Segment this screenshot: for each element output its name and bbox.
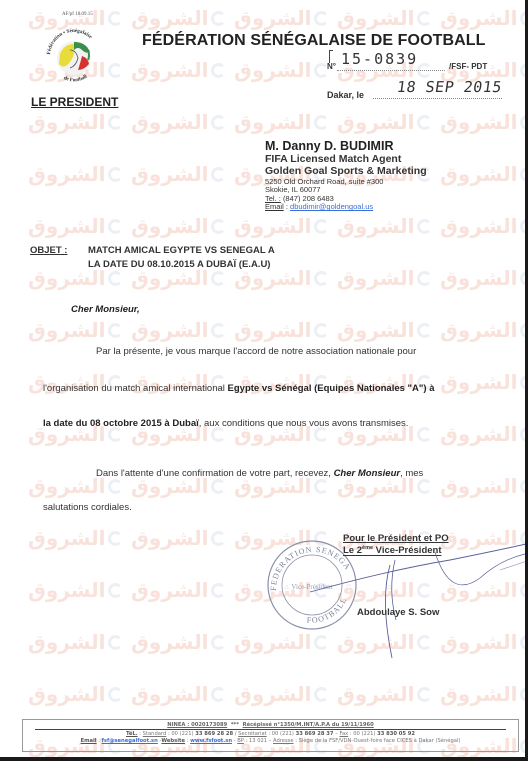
tel-label: TéL. — [126, 731, 138, 737]
website-link[interactable]: www.fsfoot.sn — [190, 738, 232, 744]
date-line: Dakar, le 18 SEP 2015 — [327, 80, 502, 100]
dotted-line — [373, 98, 502, 99]
footer-phones: TéL. : Standard : 00 (221) 33 869 28 28 … — [23, 731, 518, 737]
separator: *** — [231, 722, 239, 728]
email-link[interactable]: dbudimir@goldengoal.us — [290, 202, 373, 211]
secretariat-prefix: : 00 (221) — [268, 731, 294, 737]
date-label: Dakar, le — [327, 90, 364, 100]
federation-title: FÉDÉRATION SÉNÉGALAISE DE FOOTBALL — [142, 32, 486, 50]
paragraph-3: la date du 08 octobre 2015 à Dubaï, aux … — [43, 418, 408, 429]
addressee-block: M. Danny D. BUDIMIR FIFA Licensed Match … — [265, 139, 427, 212]
footer-contacts: Email : fsf@senegalfoot.sn -Website : ww… — [23, 738, 518, 744]
website-label: Website — [161, 738, 185, 744]
date-stamp: 18 SEP 2015 — [396, 78, 503, 96]
subject-block: OBJET :MATCH AMICAL EGYPTE VS SENEGAL A … — [30, 244, 275, 272]
paragraph-2-text: l'organisation du match amical internati… — [43, 383, 228, 394]
footer-rule — [35, 729, 506, 730]
paragraph-3-text: , aux conditions que nous vous avons tra… — [199, 418, 409, 429]
sender-title: LE PRESIDENT — [31, 95, 118, 109]
reference-suffix: /FSF- PDT — [449, 62, 487, 71]
handwritten-signature-icon — [300, 530, 525, 660]
subject-line-1: MATCH AMICAL EGYPTE VS SENEGAL A — [88, 245, 275, 256]
fax-number: 33 830 05 92 — [377, 731, 415, 737]
secretariat-number: 33 869 28 37 — [296, 731, 334, 737]
paragraph-2-bold: Egypte vs Sénégal (Equipes Nationales "A… — [228, 383, 435, 394]
signer-name: Abdoulaye S. Sow — [357, 607, 439, 618]
bp-value: : 13 021 – — [246, 738, 272, 744]
paragraph-4-end: , mes — [400, 468, 423, 479]
fax-prefix: : 00 (221) — [350, 731, 376, 737]
fax-label: Fax — [339, 731, 348, 737]
paragraph-4: Dans l'attente d'une confirmation de vot… — [96, 468, 423, 479]
addressee-company: Golden Goal Sports & Marketing — [265, 165, 427, 177]
salutation: Cher Monsieur, — [71, 304, 140, 315]
addressee-role: FIFA Licensed Match Agent — [265, 153, 427, 165]
fsf-logo-icon: Fédération • Sénégalaise de Football — [42, 20, 106, 88]
footer-email-label: Email — [81, 738, 97, 744]
addressee-name: M. Danny D. BUDIMIR — [265, 139, 427, 153]
paragraph-2: l'organisation du match amical internati… — [43, 383, 435, 394]
subject-line-2: LA DATE DU 08.10.2015 A DUBAÏ (E.A.U) — [30, 258, 275, 272]
paragraph-5: salutations cordiales. — [43, 502, 132, 513]
address-label: Adresse — [273, 738, 294, 744]
secretariat-label: Secrétariat — [238, 731, 267, 737]
ninea: NINEA : 0020173089 — [167, 722, 227, 728]
address-value: : Siège de la FSF/VDN-Ouest-foire face C… — [295, 738, 460, 744]
internal-reference: AF/pf 18.09.15 — [62, 12, 93, 17]
footer-registration: NINEA : 0020173089 *** Récépissé n°1350/… — [23, 722, 518, 728]
paragraph-1: Par la présente, je vous marque l'accord… — [96, 346, 416, 357]
standard-prefix: : 00 (221) — [168, 731, 194, 737]
footer-email-link[interactable]: fsf@senegalfoot.sn — [102, 738, 158, 744]
standard-label: Standard — [143, 731, 167, 737]
addressee-email: Email : dbudimir@goldengoal.us — [265, 203, 427, 212]
dotted-line — [337, 70, 445, 71]
email-label: Email — [265, 202, 284, 211]
document-page: الشروقالشروقالشروقالشروقالشروقالشروقالشر… — [0, 0, 525, 757]
paragraph-4-text: Dans l'attente d'une confirmation de vot… — [96, 468, 334, 479]
reference-number: N° 15-0839 /FSF- PDT — [327, 50, 495, 72]
subject-label: OBJET : — [30, 244, 88, 258]
paragraph-4-italic: Cher Monsieur — [334, 468, 401, 479]
reference-value: 15-0839 — [341, 50, 418, 68]
standard-number: 33 869 28 28 — [195, 731, 233, 737]
recepisse: Récépissé n°1350/M.INT/A.P.A du 19/11/19… — [243, 722, 374, 728]
paragraph-3-bold: la date du 08 octobre 2015 à Dubaï — [43, 418, 199, 429]
reference-prefix: N° — [327, 62, 336, 71]
letterhead-footer: NINEA : 0020173089 *** Récépissé n°1350/… — [22, 719, 519, 752]
bp-label: BP — [237, 738, 244, 744]
